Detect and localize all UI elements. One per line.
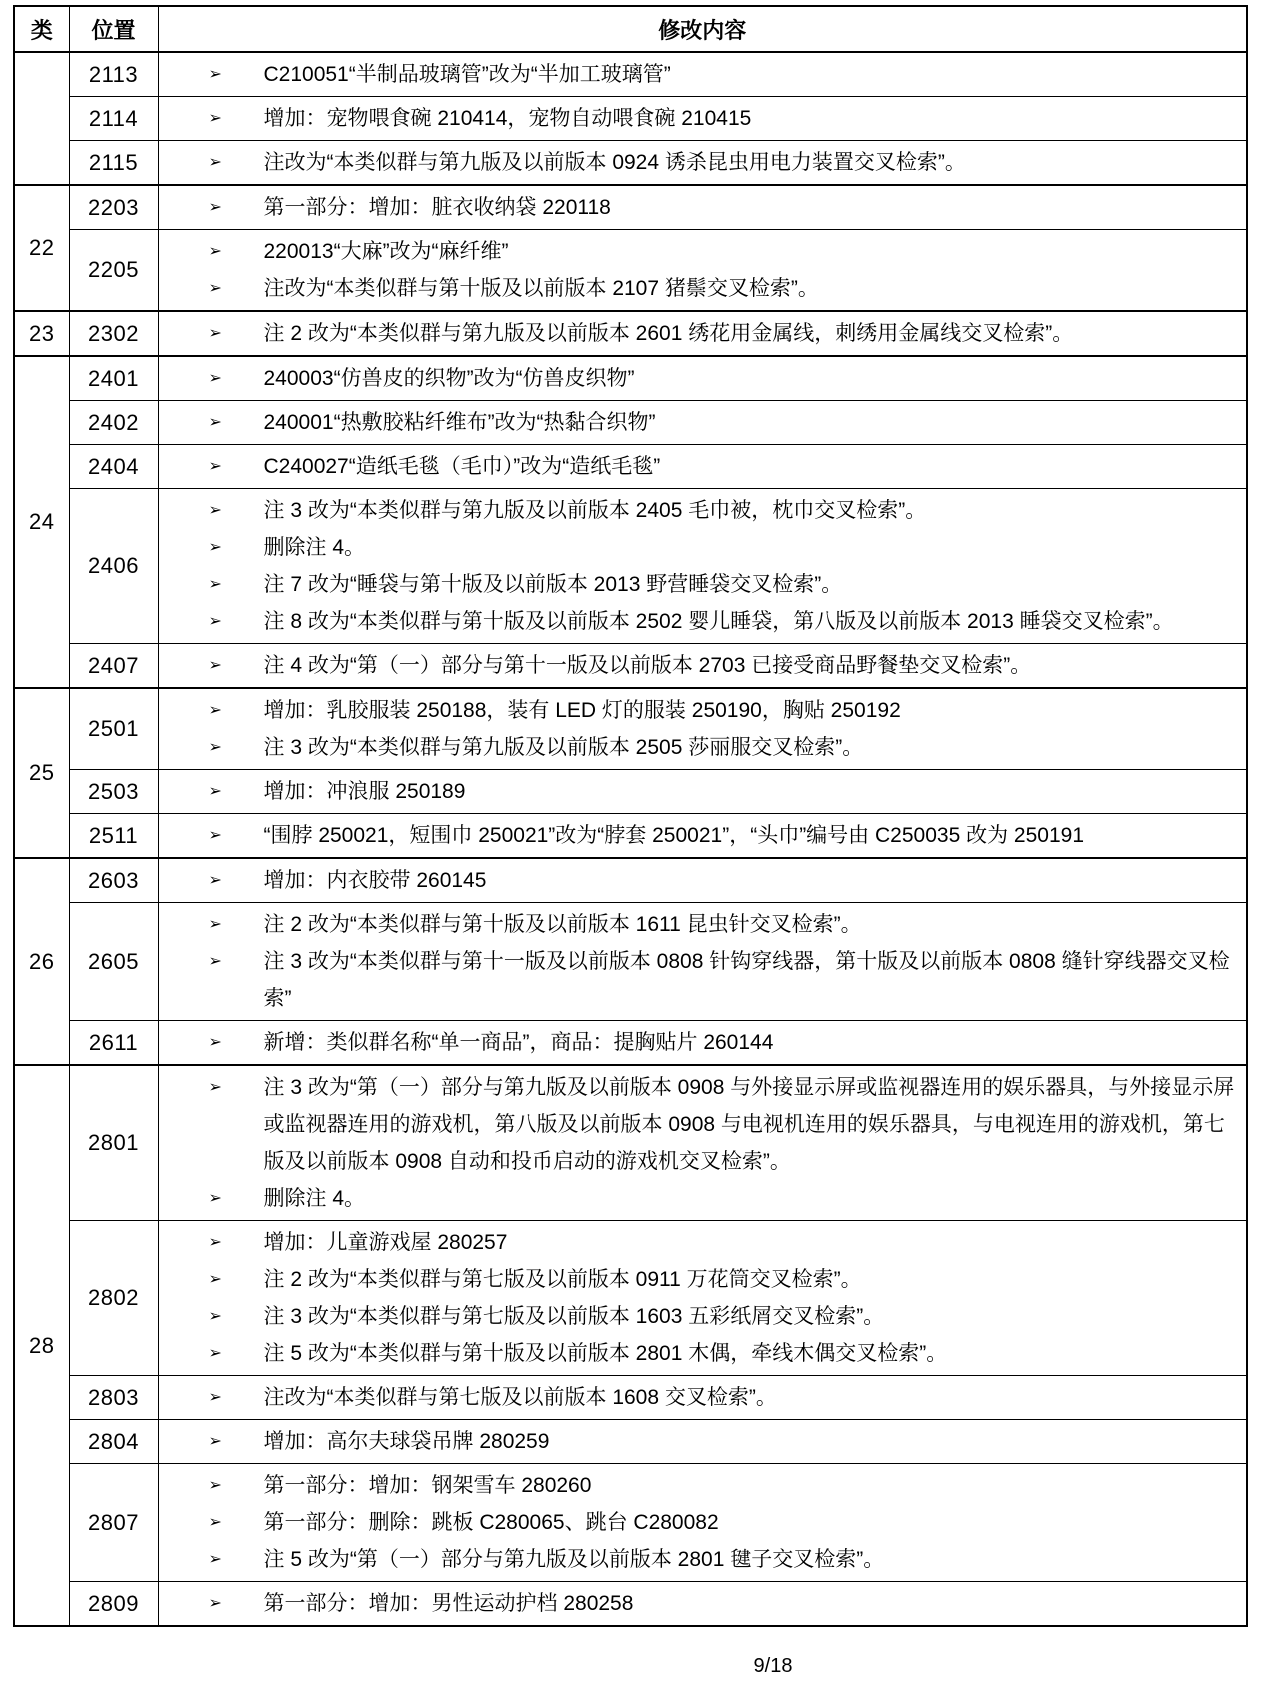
list-item: ➢ 注改为“本类似群与第十版及以前版本 2107 猪鬃交叉检索”。 bbox=[159, 270, 1237, 307]
arrow-bullet-icon: ➢ bbox=[209, 315, 264, 352]
arrow-bullet-icon: ➢ bbox=[209, 1261, 264, 1298]
content-cell: ➢ 注 2 改为“本类似群与第十版及以前版本 1611 昆虫针交叉检索”。 ➢ … bbox=[158, 903, 1247, 1021]
content-cell: ➢ 注改为“本类似群与第九版及以前版本 0924 诱杀昆虫用电力装置交叉检索”。 bbox=[158, 141, 1247, 186]
arrow-bullet-icon: ➢ bbox=[209, 56, 264, 93]
content-cell: ➢ C210051“半制品玻璃管”改为“半加工玻璃管” bbox=[158, 52, 1247, 97]
page-number: 9/18 bbox=[754, 1655, 793, 1677]
list-item: ➢ 注改为“本类似群与第九版及以前版本 0924 诱杀昆虫用电力装置交叉检索”。 bbox=[159, 144, 1237, 181]
item-text: 增加：冲浪服 250189 bbox=[264, 773, 1237, 810]
position-cell: 2603 bbox=[69, 858, 158, 903]
arrow-bullet-icon: ➢ bbox=[209, 448, 264, 485]
item-text: 注 3 改为“第（一）部分与第九版及以前版本 0908 与外接显示屏或监视器连用… bbox=[264, 1069, 1237, 1180]
list-item: ➢ 注 3 改为“本类似群与第九版及以前版本 2505 莎丽服交叉检索”。 bbox=[159, 729, 1237, 766]
list-item: ➢ 220013“大麻”改为“麻纤维” bbox=[159, 233, 1237, 270]
arrow-bullet-icon: ➢ bbox=[209, 1024, 264, 1061]
item-text: 第一部分：增加：钢架雪车 280260 bbox=[264, 1467, 1237, 1504]
table-row: 2803 ➢ 注改为“本类似群与第七版及以前版本 1608 交叉检索”。 bbox=[14, 1376, 1247, 1420]
item-text: 注改为“本类似群与第十版及以前版本 2107 猪鬃交叉检索”。 bbox=[264, 270, 1237, 307]
list-item: ➢ 注 5 改为“本类似群与第十版及以前版本 2801 木偶，牵线木偶交叉检索”… bbox=[159, 1335, 1237, 1372]
item-text: 第一部分：增加：男性运动护档 280258 bbox=[264, 1585, 1237, 1622]
list-item: ➢ 删除注 4。 bbox=[159, 1180, 1237, 1217]
list-item: ➢ 第一部分：增加：男性运动护档 280258 bbox=[159, 1585, 1237, 1622]
item-text: 注 8 改为“本类似群与第十版及以前版本 2502 婴儿睡袋，第八版及以前版本 … bbox=[264, 603, 1237, 640]
table-row: 2809 ➢ 第一部分：增加：男性运动护档 280258 bbox=[14, 1582, 1247, 1627]
item-text: 240001“热敷胶粘纤维布”改为“热黏合织物” bbox=[264, 404, 1237, 441]
table-row: 23 2302 ➢ 注 2 改为“本类似群与第九版及以前版本 2601 绣花用金… bbox=[14, 311, 1247, 356]
arrow-bullet-icon: ➢ bbox=[209, 1379, 264, 1416]
content-cell: ➢ 增加：高尔夫球袋吊牌 280259 bbox=[158, 1420, 1247, 1464]
arrow-bullet-icon: ➢ bbox=[209, 729, 264, 766]
item-text: C240027“造纸毛毯（毛巾）”改为“造纸毛毯” bbox=[264, 448, 1237, 485]
table-row: 2802 ➢ 增加：儿童游戏屋 280257 ➢ 注 2 改为“本类似群与第七版… bbox=[14, 1221, 1247, 1376]
position-cell: 2605 bbox=[69, 903, 158, 1021]
position-cell: 2407 bbox=[69, 644, 158, 689]
arrow-bullet-icon: ➢ bbox=[209, 817, 264, 854]
position-cell: 2205 bbox=[69, 230, 158, 312]
arrow-bullet-icon: ➢ bbox=[209, 404, 264, 441]
position-cell: 2804 bbox=[69, 1420, 158, 1464]
class-cell: 28 bbox=[14, 1065, 69, 1626]
item-text: 删除注 4。 bbox=[264, 1180, 1237, 1217]
table-row: 28 2801 ➢ 注 3 改为“第（一）部分与第九版及以前版本 0908 与外… bbox=[14, 1065, 1247, 1221]
arrow-bullet-icon: ➢ bbox=[209, 1069, 264, 1106]
list-item: ➢ 增加：宠物喂食碗 210414，宠物自动喂食碗 210415 bbox=[159, 100, 1237, 137]
content-cell: ➢ 新增：类似群名称“单一商品”，商品：提胸贴片 260144 bbox=[158, 1021, 1247, 1066]
position-cell: 2503 bbox=[69, 770, 158, 814]
arrow-bullet-icon: ➢ bbox=[209, 1585, 264, 1622]
position-cell: 2406 bbox=[69, 489, 158, 644]
table-row: 25 2501 ➢ 增加：乳胶服装 250188，装有 LED 灯的服装 250… bbox=[14, 688, 1247, 770]
header-class: 类 bbox=[14, 6, 69, 52]
item-text: 注 3 改为“本类似群与第九版及以前版本 2405 毛巾被，枕巾交叉检索”。 bbox=[264, 492, 1237, 529]
arrow-bullet-icon: ➢ bbox=[209, 692, 264, 729]
position-cell: 2114 bbox=[69, 97, 158, 141]
position-cell: 2402 bbox=[69, 401, 158, 445]
item-text: 注 5 改为“第（一）部分与第九版及以前版本 2801 毽子交叉检索”。 bbox=[264, 1541, 1237, 1578]
table-row: 2503 ➢ 增加：冲浪服 250189 bbox=[14, 770, 1247, 814]
content-cell: ➢ 增加：冲浪服 250189 bbox=[158, 770, 1247, 814]
item-text: 240003“仿兽皮的织物”改为“仿兽皮织物” bbox=[264, 360, 1237, 397]
item-text: 增加：乳胶服装 250188，装有 LED 灯的服装 250190，胸贴 250… bbox=[264, 692, 1237, 729]
position-cell: 2611 bbox=[69, 1021, 158, 1066]
position-cell: 2401 bbox=[69, 356, 158, 401]
list-item: ➢ 增加：儿童游戏屋 280257 bbox=[159, 1224, 1237, 1261]
list-item: ➢ 增加：乳胶服装 250188，装有 LED 灯的服装 250190，胸贴 2… bbox=[159, 692, 1237, 729]
class-cell: 24 bbox=[14, 356, 69, 688]
content-cell: ➢ 240001“热敷胶粘纤维布”改为“热黏合织物” bbox=[158, 401, 1247, 445]
table-row: 2205 ➢ 220013“大麻”改为“麻纤维” ➢ 注改为“本类似群与第十版及… bbox=[14, 230, 1247, 312]
list-item: ➢ 新增：类似群名称“单一商品”，商品：提胸贴片 260144 bbox=[159, 1024, 1237, 1061]
item-text: 第一部分：删除：跳板 C280065、跳台 C280082 bbox=[264, 1504, 1237, 1541]
position-cell: 2801 bbox=[69, 1065, 158, 1221]
arrow-bullet-icon: ➢ bbox=[209, 1467, 264, 1504]
revision-table: 类 位置 修改内容 2113 ➢ C210051“半制品玻璃管”改为“半加工玻璃… bbox=[13, 5, 1248, 1627]
arrow-bullet-icon: ➢ bbox=[209, 1180, 264, 1217]
list-item: ➢ 增加：冲浪服 250189 bbox=[159, 773, 1237, 810]
position-cell: 2803 bbox=[69, 1376, 158, 1420]
item-text: 注 7 改为“睡袋与第十版及以前版本 2013 野营睡袋交叉检索”。 bbox=[264, 566, 1237, 603]
list-item: ➢ 注 7 改为“睡袋与第十版及以前版本 2013 野营睡袋交叉检索”。 bbox=[159, 566, 1237, 603]
list-item: ➢ 注 8 改为“本类似群与第十版及以前版本 2502 婴儿睡袋，第八版及以前版… bbox=[159, 603, 1237, 640]
position-cell: 2203 bbox=[69, 185, 158, 230]
arrow-bullet-icon: ➢ bbox=[209, 647, 264, 684]
item-text: 注改为“本类似群与第九版及以前版本 0924 诱杀昆虫用电力装置交叉检索”。 bbox=[264, 144, 1237, 181]
item-text: 增加：儿童游戏屋 280257 bbox=[264, 1224, 1237, 1261]
arrow-bullet-icon: ➢ bbox=[209, 100, 264, 137]
table-row: 2114 ➢ 增加：宠物喂食碗 210414，宠物自动喂食碗 210415 bbox=[14, 97, 1247, 141]
arrow-bullet-icon: ➢ bbox=[209, 773, 264, 810]
table-row: 2406 ➢ 注 3 改为“本类似群与第九版及以前版本 2405 毛巾被，枕巾交… bbox=[14, 489, 1247, 644]
list-item: ➢ 第一部分：增加：脏衣收纳袋 220118 bbox=[159, 189, 1237, 226]
content-cell: ➢ 240003“仿兽皮的织物”改为“仿兽皮织物” bbox=[158, 356, 1247, 401]
arrow-bullet-icon: ➢ bbox=[209, 529, 264, 566]
class-cell: 23 bbox=[14, 311, 69, 356]
list-item: ➢ 注 3 改为“本类似群与第七版及以前版本 1603 五彩纸屑交叉检索”。 bbox=[159, 1298, 1237, 1335]
table-row: 2611 ➢ 新增：类似群名称“单一商品”，商品：提胸贴片 260144 bbox=[14, 1021, 1247, 1066]
arrow-bullet-icon: ➢ bbox=[209, 1224, 264, 1261]
table-row: 22 2203 ➢ 第一部分：增加：脏衣收纳袋 220118 bbox=[14, 185, 1247, 230]
list-item: ➢ 注 3 改为“本类似群与第九版及以前版本 2405 毛巾被，枕巾交叉检索”。 bbox=[159, 492, 1237, 529]
list-item: ➢ 注 2 改为“本类似群与第九版及以前版本 2601 绣花用金属线，刺绣用金属… bbox=[159, 315, 1237, 352]
arrow-bullet-icon: ➢ bbox=[209, 862, 264, 899]
position-cell: 2113 bbox=[69, 52, 158, 97]
arrow-bullet-icon: ➢ bbox=[209, 1541, 264, 1578]
content-cell: ➢ 第一部分：增加：脏衣收纳袋 220118 bbox=[158, 185, 1247, 230]
arrow-bullet-icon: ➢ bbox=[209, 906, 264, 943]
table-row: 2115 ➢ 注改为“本类似群与第九版及以前版本 0924 诱杀昆虫用电力装置交… bbox=[14, 141, 1247, 186]
list-item: ➢ 注 5 改为“第（一）部分与第九版及以前版本 2801 毽子交叉检索”。 bbox=[159, 1541, 1237, 1578]
class-cell: 25 bbox=[14, 688, 69, 858]
item-text: 注 2 改为“本类似群与第十版及以前版本 1611 昆虫针交叉检索”。 bbox=[264, 906, 1237, 943]
document-page: 类 位置 修改内容 2113 ➢ C210051“半制品玻璃管”改为“半加工玻璃… bbox=[0, 0, 1280, 1699]
list-item: ➢ C210051“半制品玻璃管”改为“半加工玻璃管” bbox=[159, 56, 1237, 93]
content-cell: ➢ 第一部分：增加：男性运动护档 280258 bbox=[158, 1582, 1247, 1627]
item-text: 注 5 改为“本类似群与第十版及以前版本 2801 木偶，牵线木偶交叉检索”。 bbox=[264, 1335, 1237, 1372]
item-text: 增加：内衣胶带 260145 bbox=[264, 862, 1237, 899]
class-cell bbox=[14, 52, 69, 185]
content-cell: ➢ 增加：内衣胶带 260145 bbox=[158, 858, 1247, 903]
content-cell: ➢ 注改为“本类似群与第七版及以前版本 1608 交叉检索”。 bbox=[158, 1376, 1247, 1420]
content-cell: ➢ 增加：乳胶服装 250188，装有 LED 灯的服装 250190，胸贴 2… bbox=[158, 688, 1247, 770]
arrow-bullet-icon: ➢ bbox=[209, 943, 264, 980]
content-cell: ➢ 注 3 改为“本类似群与第九版及以前版本 2405 毛巾被，枕巾交叉检索”。… bbox=[158, 489, 1247, 644]
table-row: 2404 ➢ C240027“造纸毛毯（毛巾）”改为“造纸毛毯” bbox=[14, 445, 1247, 489]
content-cell: ➢ “围脖 250021，短围巾 250021”改为“脖套 250021”，“头… bbox=[158, 814, 1247, 859]
table-row: 2511 ➢ “围脖 250021，短围巾 250021”改为“脖套 25002… bbox=[14, 814, 1247, 859]
item-text: 注 2 改为“本类似群与第九版及以前版本 2601 绣花用金属线，刺绣用金属线交… bbox=[264, 315, 1237, 352]
arrow-bullet-icon: ➢ bbox=[209, 603, 264, 640]
list-item: ➢ 注 2 改为“本类似群与第七版及以前版本 0911 万花筒交叉检索”。 bbox=[159, 1261, 1237, 1298]
item-text: 删除注 4。 bbox=[264, 529, 1237, 566]
item-text: 注改为“本类似群与第七版及以前版本 1608 交叉检索”。 bbox=[264, 1379, 1237, 1416]
table-row: 2804 ➢ 增加：高尔夫球袋吊牌 280259 bbox=[14, 1420, 1247, 1464]
table-row: 2807 ➢ 第一部分：增加：钢架雪车 280260 ➢ 第一部分：删除：跳板 … bbox=[14, 1464, 1247, 1582]
content-cell: ➢ 第一部分：增加：钢架雪车 280260 ➢ 第一部分：删除：跳板 C2800… bbox=[158, 1464, 1247, 1582]
position-cell: 2802 bbox=[69, 1221, 158, 1376]
table-row: 26 2603 ➢ 增加：内衣胶带 260145 bbox=[14, 858, 1247, 903]
arrow-bullet-icon: ➢ bbox=[209, 360, 264, 397]
position-cell: 2807 bbox=[69, 1464, 158, 1582]
list-item: ➢ 注 3 改为“第（一）部分与第九版及以前版本 0908 与外接显示屏或监视器… bbox=[159, 1069, 1237, 1180]
table-row: 2402 ➢ 240001“热敷胶粘纤维布”改为“热黏合织物” bbox=[14, 401, 1247, 445]
item-text: 注 4 改为“第（一）部分与第十一版及以前版本 2703 已接受商品野餐垫交叉检… bbox=[264, 647, 1237, 684]
header-position: 位置 bbox=[69, 6, 158, 52]
content-cell: ➢ 增加：儿童游戏屋 280257 ➢ 注 2 改为“本类似群与第七版及以前版本… bbox=[158, 1221, 1247, 1376]
arrow-bullet-icon: ➢ bbox=[209, 189, 264, 226]
list-item: ➢ 注 3 改为“本类似群与第十一版及以前版本 0808 针钩穿线器，第十版及以… bbox=[159, 943, 1237, 1017]
item-text: “围脖 250021，短围巾 250021”改为“脖套 250021”，“头巾”… bbox=[264, 817, 1237, 854]
table-row: 2113 ➢ C210051“半制品玻璃管”改为“半加工玻璃管” bbox=[14, 52, 1247, 97]
list-item: ➢ 注 4 改为“第（一）部分与第十一版及以前版本 2703 已接受商品野餐垫交… bbox=[159, 647, 1237, 684]
item-text: 新增：类似群名称“单一商品”，商品：提胸贴片 260144 bbox=[264, 1024, 1237, 1061]
header-content: 修改内容 bbox=[158, 6, 1247, 52]
arrow-bullet-icon: ➢ bbox=[209, 144, 264, 181]
position-cell: 2404 bbox=[69, 445, 158, 489]
list-item: ➢ 增加：内衣胶带 260145 bbox=[159, 862, 1237, 899]
list-item: ➢ 第一部分：增加：钢架雪车 280260 bbox=[159, 1467, 1237, 1504]
list-item: ➢ 240001“热敷胶粘纤维布”改为“热黏合织物” bbox=[159, 404, 1237, 441]
list-item: ➢ 注改为“本类似群与第七版及以前版本 1608 交叉检索”。 bbox=[159, 1379, 1237, 1416]
table-row: 2605 ➢ 注 2 改为“本类似群与第十版及以前版本 1611 昆虫针交叉检索… bbox=[14, 903, 1247, 1021]
table-row: 24 2401 ➢ 240003“仿兽皮的织物”改为“仿兽皮织物” bbox=[14, 356, 1247, 401]
position-cell: 2302 bbox=[69, 311, 158, 356]
content-cell: ➢ 220013“大麻”改为“麻纤维” ➢ 注改为“本类似群与第十版及以前版本 … bbox=[158, 230, 1247, 312]
arrow-bullet-icon: ➢ bbox=[209, 492, 264, 529]
item-text: C210051“半制品玻璃管”改为“半加工玻璃管” bbox=[264, 56, 1237, 93]
position-cell: 2511 bbox=[69, 814, 158, 859]
arrow-bullet-icon: ➢ bbox=[209, 1504, 264, 1541]
list-item: ➢ 删除注 4。 bbox=[159, 529, 1237, 566]
item-text: 第一部分：增加：脏衣收纳袋 220118 bbox=[264, 189, 1237, 226]
class-cell: 26 bbox=[14, 858, 69, 1065]
arrow-bullet-icon: ➢ bbox=[209, 270, 264, 307]
item-text: 注 3 改为“本类似群与第七版及以前版本 1603 五彩纸屑交叉检索”。 bbox=[264, 1298, 1237, 1335]
list-item: ➢ 增加：高尔夫球袋吊牌 280259 bbox=[159, 1423, 1237, 1460]
content-cell: ➢ 注 3 改为“第（一）部分与第九版及以前版本 0908 与外接显示屏或监视器… bbox=[158, 1065, 1247, 1221]
class-cell: 22 bbox=[14, 185, 69, 311]
position-cell: 2115 bbox=[69, 141, 158, 186]
page-footer: 9/18 bbox=[0, 1655, 1280, 1678]
item-text: 220013“大麻”改为“麻纤维” bbox=[264, 233, 1237, 270]
position-cell: 2809 bbox=[69, 1582, 158, 1627]
list-item: ➢ 注 2 改为“本类似群与第十版及以前版本 1611 昆虫针交叉检索”。 bbox=[159, 906, 1237, 943]
item-text: 增加：宠物喂食碗 210414，宠物自动喂食碗 210415 bbox=[264, 100, 1237, 137]
arrow-bullet-icon: ➢ bbox=[209, 233, 264, 270]
content-cell: ➢ 注 2 改为“本类似群与第九版及以前版本 2601 绣花用金属线，刺绣用金属… bbox=[158, 311, 1247, 356]
content-cell: ➢ 注 4 改为“第（一）部分与第十一版及以前版本 2703 已接受商品野餐垫交… bbox=[158, 644, 1247, 689]
list-item: ➢ 240003“仿兽皮的织物”改为“仿兽皮织物” bbox=[159, 360, 1237, 397]
item-text: 注 3 改为“本类似群与第九版及以前版本 2505 莎丽服交叉检索”。 bbox=[264, 729, 1237, 766]
arrow-bullet-icon: ➢ bbox=[209, 1298, 264, 1335]
item-text: 注 3 改为“本类似群与第十一版及以前版本 0808 针钩穿线器，第十版及以前版… bbox=[264, 943, 1237, 1017]
list-item: ➢ “围脖 250021，短围巾 250021”改为“脖套 250021”，“头… bbox=[159, 817, 1237, 854]
table-header-row: 类 位置 修改内容 bbox=[14, 6, 1247, 52]
arrow-bullet-icon: ➢ bbox=[209, 566, 264, 603]
content-cell: ➢ C240027“造纸毛毯（毛巾）”改为“造纸毛毯” bbox=[158, 445, 1247, 489]
arrow-bullet-icon: ➢ bbox=[209, 1423, 264, 1460]
item-text: 增加：高尔夫球袋吊牌 280259 bbox=[264, 1423, 1237, 1460]
list-item: ➢ C240027“造纸毛毯（毛巾）”改为“造纸毛毯” bbox=[159, 448, 1237, 485]
arrow-bullet-icon: ➢ bbox=[209, 1335, 264, 1372]
position-cell: 2501 bbox=[69, 688, 158, 770]
list-item: ➢ 第一部分：删除：跳板 C280065、跳台 C280082 bbox=[159, 1504, 1237, 1541]
item-text: 注 2 改为“本类似群与第七版及以前版本 0911 万花筒交叉检索”。 bbox=[264, 1261, 1237, 1298]
content-cell: ➢ 增加：宠物喂食碗 210414，宠物自动喂食碗 210415 bbox=[158, 97, 1247, 141]
table-row: 2407 ➢ 注 4 改为“第（一）部分与第十一版及以前版本 2703 已接受商… bbox=[14, 644, 1247, 689]
